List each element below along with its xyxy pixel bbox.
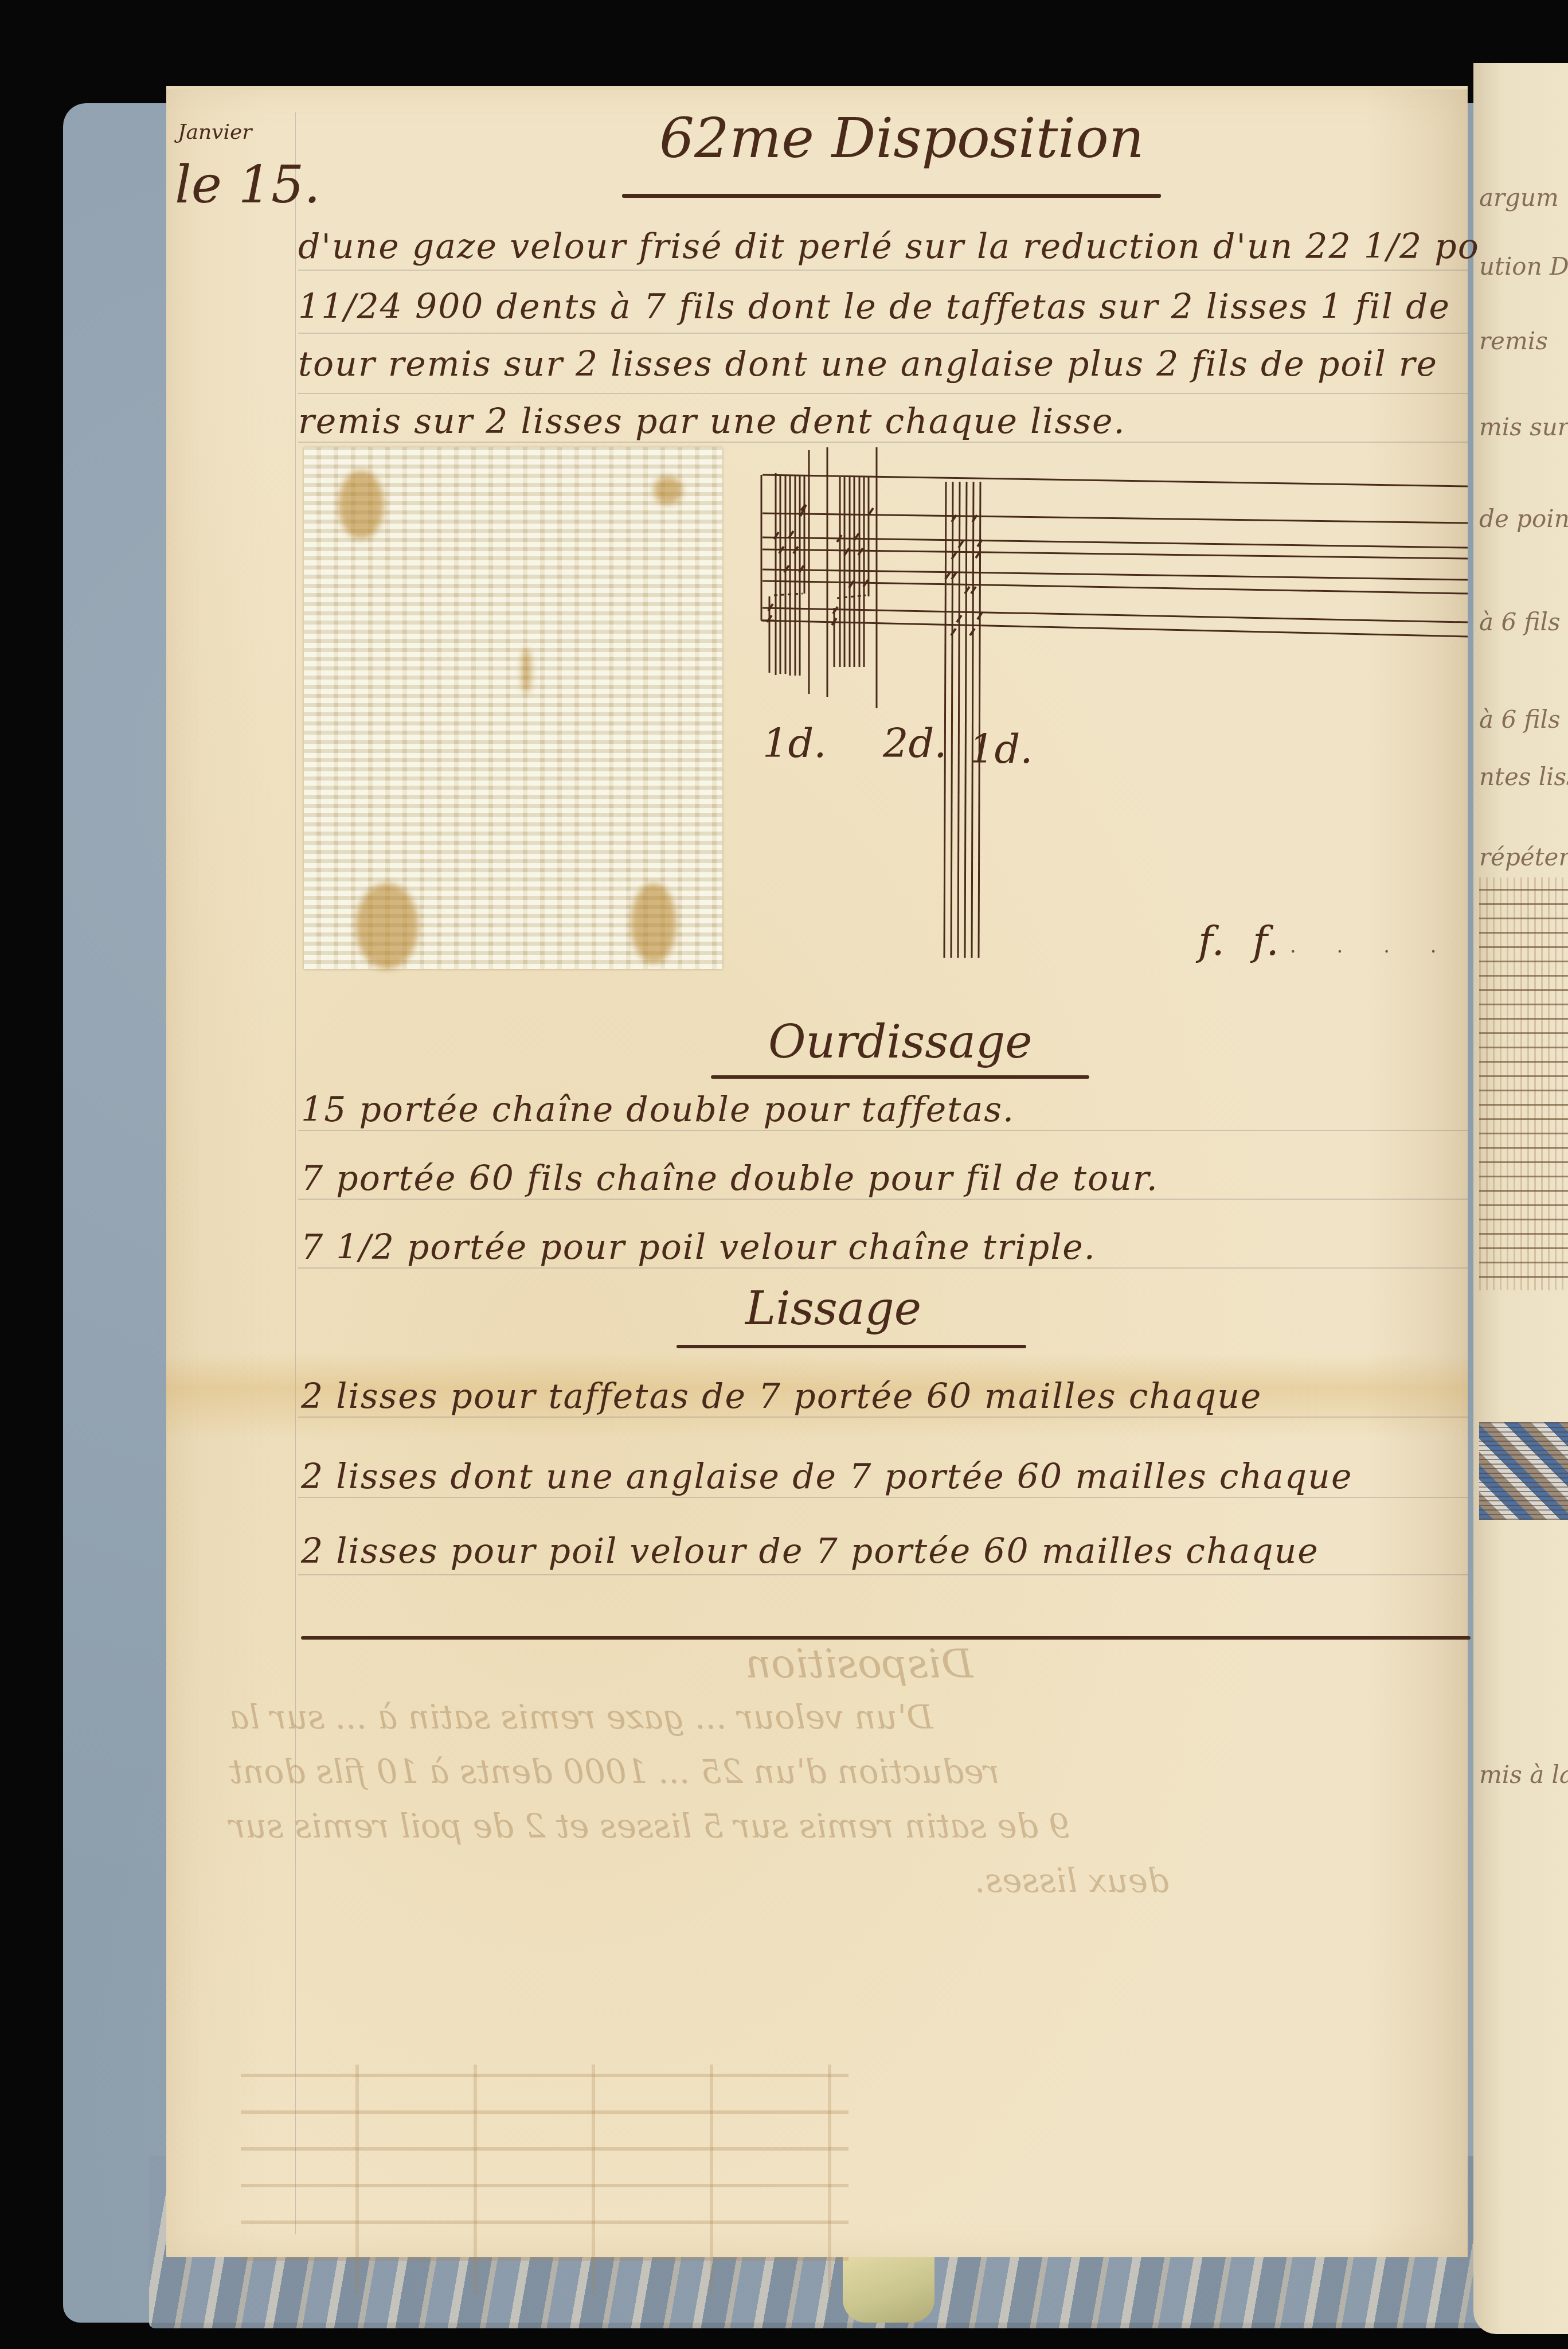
ruled-line xyxy=(298,1574,1468,1575)
section-underline xyxy=(677,1345,1026,1348)
draft-label-1d: 1d. xyxy=(763,720,827,767)
bleed-through-line: reduction d'un 25 ... 1000 dents à 10 fi… xyxy=(229,1752,1000,1791)
facing-page-text: ution D xyxy=(1479,252,1568,280)
swatch-stain xyxy=(654,476,682,505)
bleed-through-heading: Disposition xyxy=(745,1640,973,1687)
bookmark-ribbon xyxy=(843,2248,934,2323)
weave-draft-diagram xyxy=(751,442,1468,958)
facing-page-text: ntes lisses xyxy=(1479,763,1568,791)
ruled-line xyxy=(298,1199,1468,1200)
ruled-line xyxy=(298,333,1468,334)
ink-dots: · · · · xyxy=(1290,941,1454,963)
facing-page-text: de pointe xyxy=(1479,505,1568,533)
draft-label-f: f. xyxy=(1198,918,1225,965)
swatch-stain xyxy=(631,883,677,963)
entry-end-rule xyxy=(301,1636,1471,1640)
facing-page-text: remis xyxy=(1479,327,1548,355)
description-line: 11/24 900 dents à 7 fils dont le de taff… xyxy=(298,287,1450,327)
margin-rule xyxy=(295,112,296,2234)
heddle-line: 2 lisses pour poil velour de 7 portée 60… xyxy=(301,1531,1319,1571)
warping-line: 15 portée chaîne double pour taffetas. xyxy=(301,1090,1015,1130)
margin-date-month: Janvier xyxy=(178,120,252,144)
title-underline xyxy=(622,194,1161,198)
bleed-through-line: deux lisses. xyxy=(975,1861,1169,1900)
swatch-stain xyxy=(522,648,531,694)
facing-page-text: mis à la c xyxy=(1479,1761,1568,1789)
description-line: tour remis sur 2 lisses dont une anglais… xyxy=(298,344,1438,384)
description-line: d'une gaze velour frisé dit perlé sur la… xyxy=(298,227,1480,267)
warping-line: 7 portée 60 fils chaîne double pour fil … xyxy=(301,1158,1159,1199)
bleed-through-line: 9 de satin remis sur 5 lisses et 2 de po… xyxy=(229,1806,1070,1845)
swatch-stain xyxy=(355,883,419,969)
draft-label-2d: 2d. xyxy=(883,720,947,767)
facing-page-text: répéter xyxy=(1479,843,1568,871)
ruled-line xyxy=(298,393,1468,394)
heddle-line: 2 lisses dont une anglaise de 7 portée 6… xyxy=(301,1457,1352,1497)
swatch-stain xyxy=(338,470,384,539)
facing-page-text: à 6 fils xyxy=(1479,608,1560,636)
facing-page-draft-grid xyxy=(1479,877,1568,1290)
fabric-swatch xyxy=(304,447,722,969)
draft-label-f-second: f. xyxy=(1253,918,1279,965)
warping-line: 7 1/2 portée pour poil velour chaîne tri… xyxy=(301,1227,1096,1267)
heddle-line: 2 lisses pour taffetas de 7 portée 60 ma… xyxy=(301,1376,1262,1417)
section-underline xyxy=(711,1075,1089,1079)
ruled-line xyxy=(298,1267,1468,1269)
facing-page-text: mis sur xyxy=(1479,413,1568,441)
ruled-line xyxy=(298,270,1468,271)
description-line: remis sur 2 lisses par une dent chaque l… xyxy=(298,401,1126,442)
section-heading-lissage: Lissage xyxy=(745,1282,921,1335)
ruled-line xyxy=(298,1130,1468,1131)
margin-date-day: le 15. xyxy=(175,155,320,215)
page-title: 62me Disposition xyxy=(659,106,1144,170)
ruled-line xyxy=(298,1417,1468,1418)
draft-label-1d-second: 1d. xyxy=(969,725,1033,772)
bleed-through-draft-grid xyxy=(241,2065,848,2294)
section-heading-ourdissage: Ourdissage xyxy=(768,1015,1033,1068)
ruled-line xyxy=(298,1497,1468,1498)
bleed-through-line: D'un velour ... gaze remis satin à ... s… xyxy=(229,1698,933,1737)
facing-page-text: à 6 fils xyxy=(1479,705,1560,733)
facing-page: argum ution D remis mis sur de pointe à … xyxy=(1473,63,1568,2334)
facing-page-fabric-swatch xyxy=(1479,1422,1568,1520)
facing-page-text: argum xyxy=(1479,184,1559,212)
